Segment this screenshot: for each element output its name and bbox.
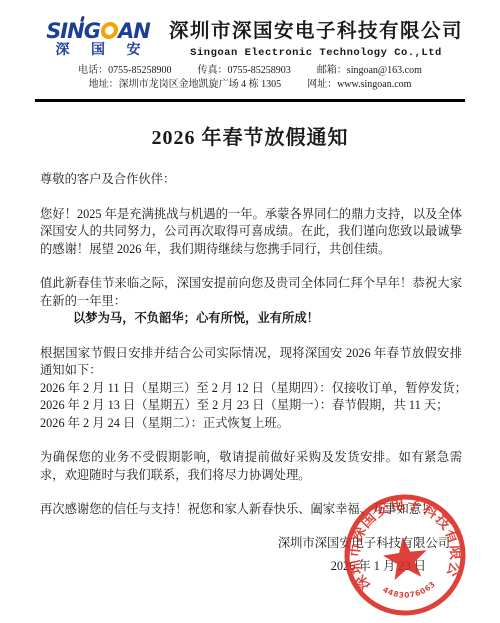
contact-info: 电话：0755-85258900 传真：0755-85258903 邮箱：sin… [0, 64, 500, 92]
logo-text-right: AN [118, 19, 150, 43]
phone-field: 电话：0755-85258900 [78, 64, 171, 78]
schedule-line-1: 2026 年 2 月 11 日（星期三）至 2 月 12 日（星期四）：仅接收订… [40, 380, 462, 398]
logo-text-left: SING [46, 19, 100, 43]
page-title: 2026 年春节放假通知 [0, 125, 500, 151]
company-name-cn: 深圳市深国安电子科技有限公司 [169, 20, 463, 44]
email-field: 邮箱：singoan@163.com [317, 64, 422, 78]
paragraph-greeting: 值此新春佳节来临之际，深国安提前向您及贵司全体同仁拜个早年！恭祝大家在新的一年里… [40, 275, 462, 310]
paragraph-thanks: 再次感谢您的信任与支持！祝您和家人新春快乐、阖家幸福、万事如意！ [40, 501, 462, 519]
logo-wordmark: SINGAN [37, 20, 159, 42]
schedule-line-2: 2026 年 2 月 13 日（星期五）至 2 月 23 日（星期一）：春节假期… [40, 397, 462, 415]
motto-line: 以梦为马，不负韶华；心有所悦，业有所成！ [40, 310, 462, 328]
company-name-en: Singoan Electronic Technology Co.,Ltd [169, 47, 463, 59]
fax-field: 传真：0755-85258903 [197, 64, 290, 78]
salutation: 尊敬的客户及合作伙伴： [40, 171, 462, 189]
company-logo: SINGAN 深 国 安 [37, 20, 159, 59]
logo-o-ring-icon [100, 22, 119, 39]
paragraph-arrangement: 为确保您的业务不受假期影响，敬请提前做好采购及发货安排。如有紧急需求，欢迎随时与… [40, 449, 462, 484]
signature-date: 2026 年 1 月 23 日 [40, 556, 426, 576]
company-names: 深圳市深国安电子科技有限公司 Singoan Electronic Techno… [169, 20, 463, 59]
address-field: 地址：深圳市龙岗区金地凯旋广场 4 栋 1305 [89, 78, 282, 92]
paragraph-intro: 您好！2025 年是充满挑战与机遇的一年。承蒙各界同仁的鼎力支持，以及全体深国安… [40, 206, 462, 259]
schedule-line-3: 2026 年 2 月 24 日（星期二）：正式恢复上班。 [40, 415, 462, 433]
signature-block: 深圳市深国安电子科技有限公司 2026 年 1 月 23 日 [40, 533, 462, 576]
notice-body: 尊敬的客户及合作伙伴： 您好！2025 年是充满挑战与机遇的一年。承蒙各界同仁的… [40, 171, 462, 576]
website-field: 网址：www.singoan.com [307, 78, 411, 92]
paragraph-schedule-intro: 根据国家节假日安排并结合公司实际情况，现将深国安 2026 年春节放假安排通知如… [40, 345, 462, 380]
letterhead: SINGAN 深 国 安 深圳市深国安电子科技有限公司 Singoan Elec… [0, 0, 500, 102]
signature-company: 深圳市深国安电子科技有限公司 [40, 533, 450, 553]
logo-chinese-name: 深 国 安 [37, 42, 159, 59]
document-page: SINGAN 深 国 安 深圳市深国安电子科技有限公司 Singoan Elec… [0, 0, 500, 623]
header-divider [35, 99, 465, 102]
